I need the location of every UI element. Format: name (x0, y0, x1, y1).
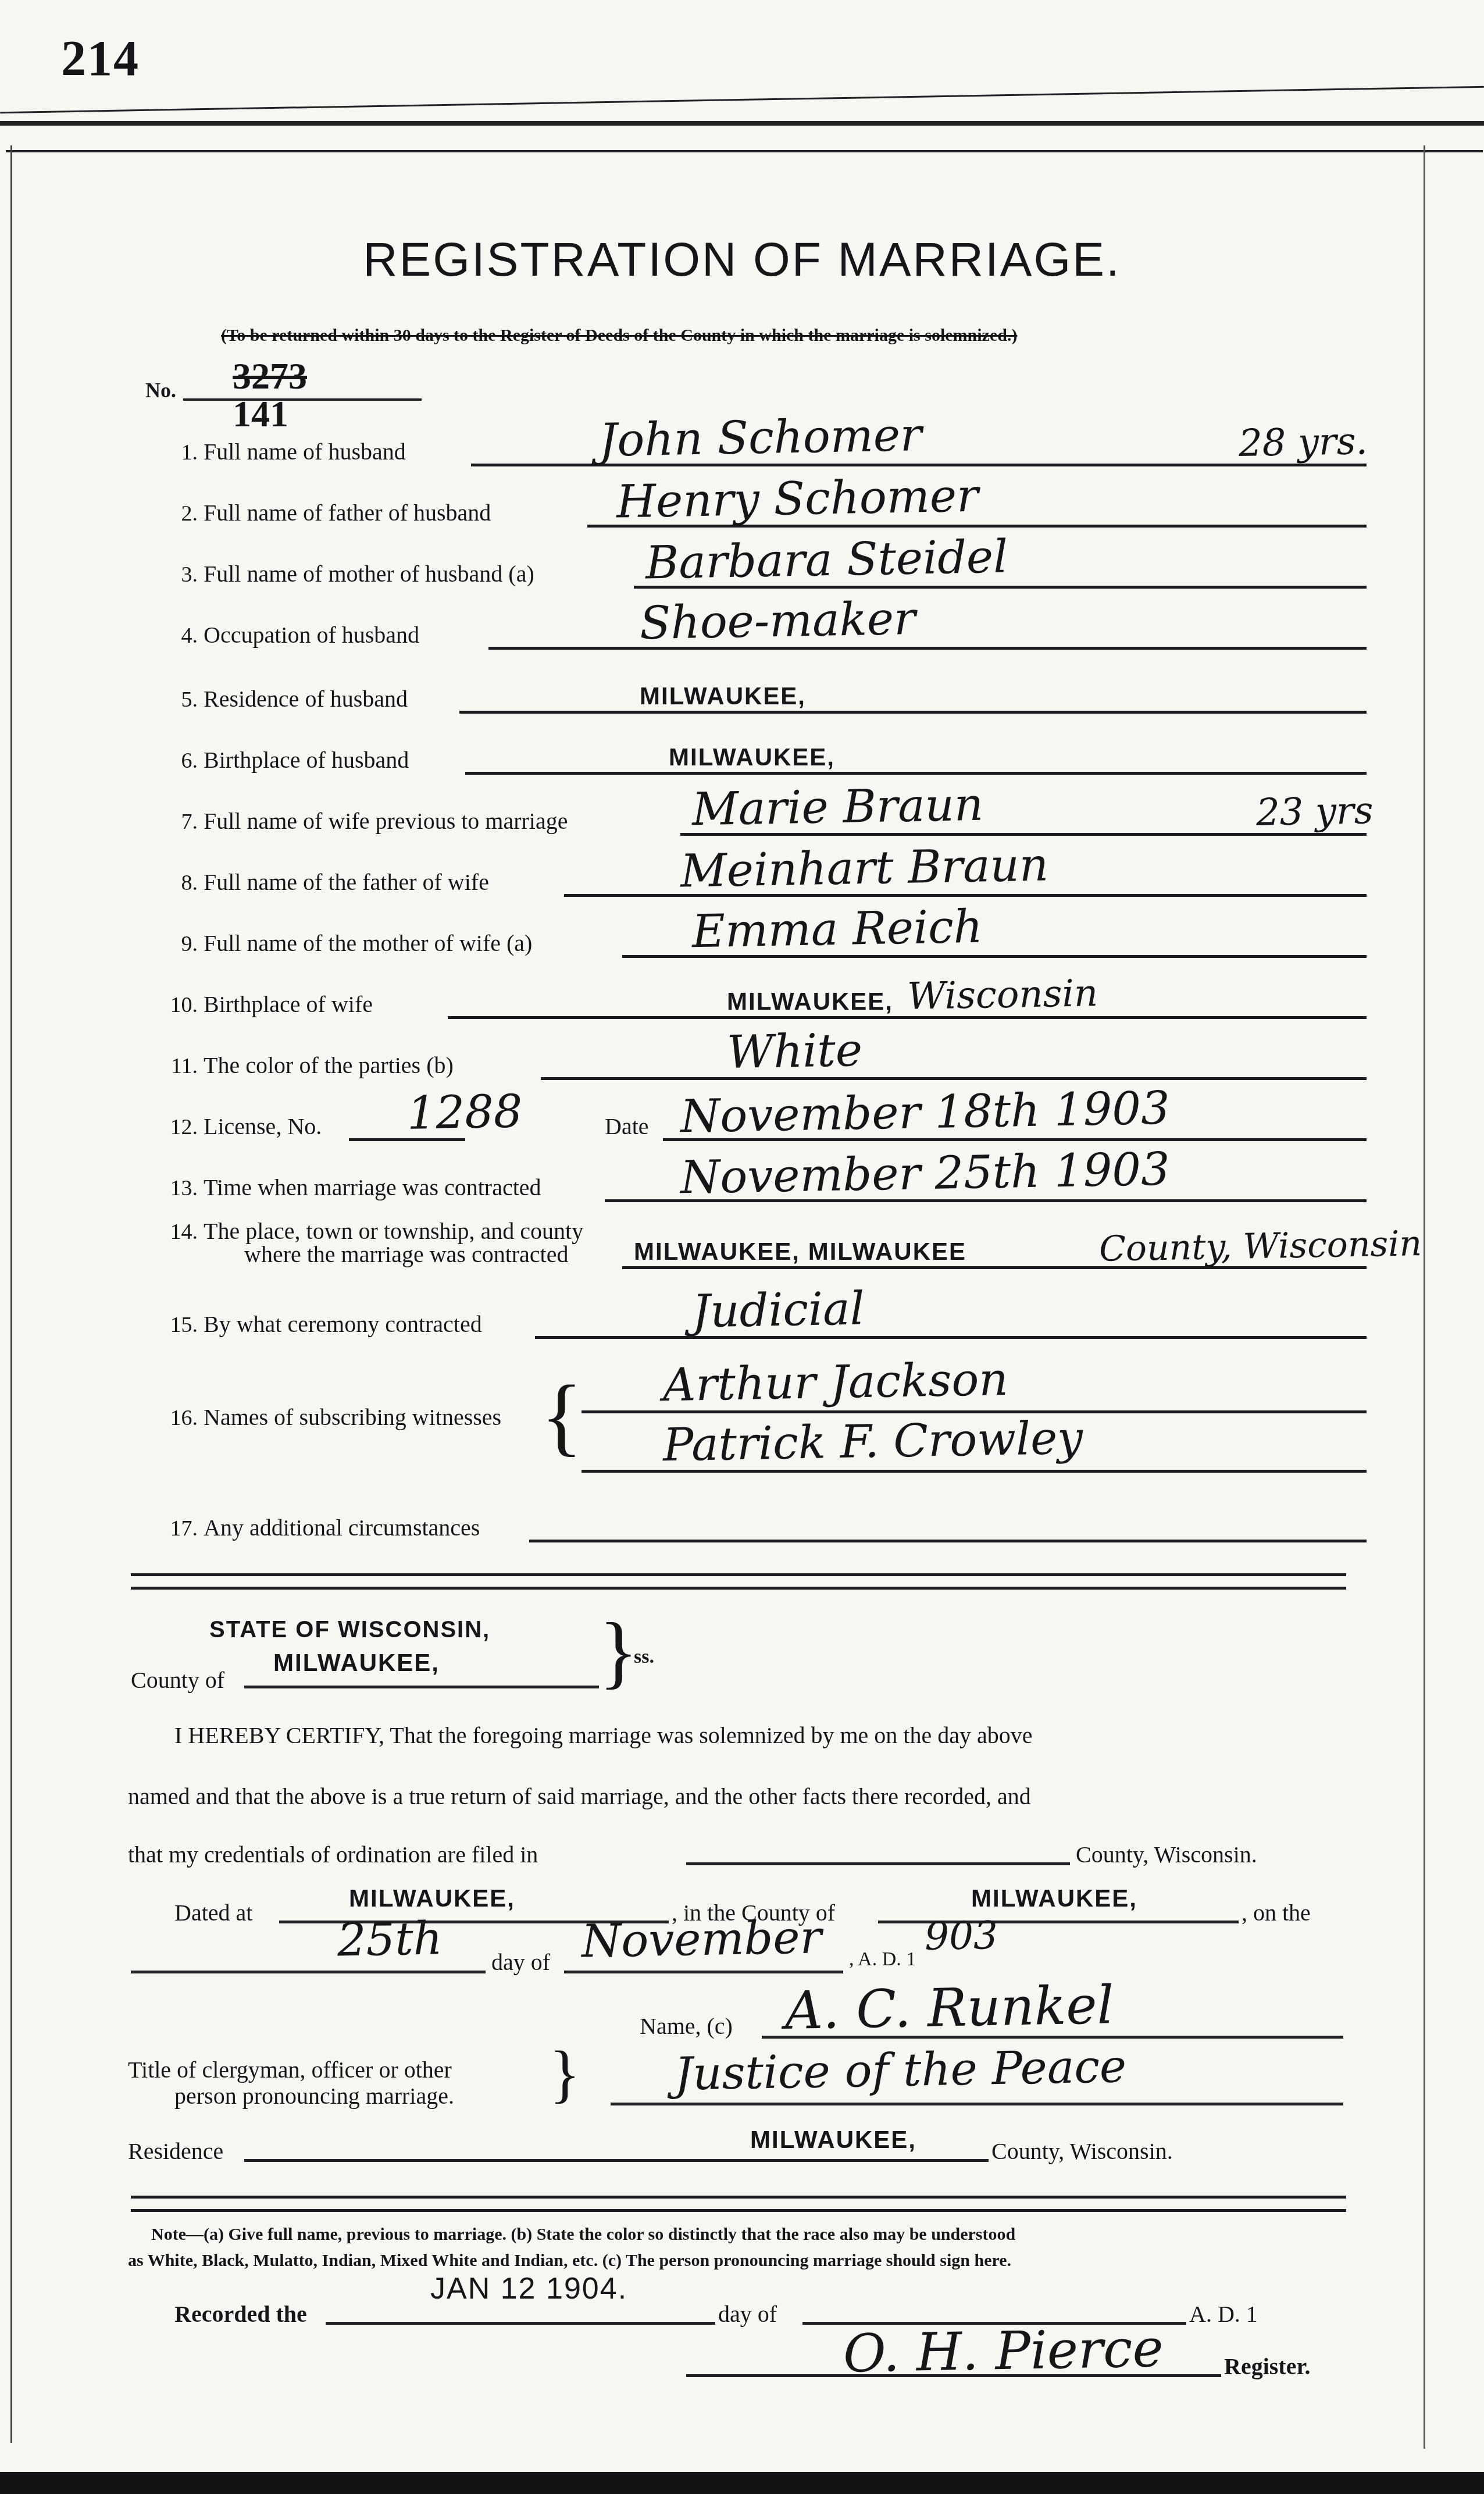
field-number: 13. (157, 1175, 198, 1201)
certification-line-3-prefix: that my credentials of ordination are fi… (128, 1841, 538, 1868)
field-number: 1. (157, 440, 198, 465)
certification-line-2: named and that the above is a true retur… (128, 1783, 1031, 1810)
officiant-title: Justice of the Peace (674, 2040, 1127, 2101)
field-label: Any additional circumstances (204, 1514, 480, 1541)
field-number: 11. (157, 1053, 198, 1079)
field-value: Judicial (691, 1282, 865, 1338)
note-line-1: Note—(a) Give full name, previous to mar… (151, 2225, 1015, 2244)
field-row-license: 12. License, No. 1288 Date November 18th… (157, 1105, 1367, 1146)
field-label: The color of the parties (b) (204, 1052, 454, 1079)
field-value: Marie Braun (691, 779, 984, 836)
field-value: Henry Schomer (616, 470, 979, 529)
frame-left (10, 145, 12, 2443)
divider (0, 86, 1484, 114)
field-line (686, 1862, 1070, 1865)
field-line (488, 647, 1367, 650)
field-label: Full name of the father of wife (204, 868, 489, 896)
recorded-day-of-label: day of (718, 2300, 777, 2328)
record-number-label: No. (145, 378, 176, 402)
license-number: 1288 (406, 1085, 523, 1139)
document-title: REGISTRATION OF MARRIAGE. (0, 233, 1484, 287)
field-number: 16. (157, 1405, 198, 1431)
field-label: By what ceremony contracted (204, 1310, 482, 1338)
field-value: Barbara Steidel (645, 531, 1008, 590)
record-number-struck: 3273 (233, 355, 307, 398)
field-number: 6. (157, 748, 198, 774)
field-number: 15. (157, 1312, 198, 1338)
field-line (686, 2374, 1221, 2377)
record-number-line (183, 398, 422, 401)
dated-at-value: MILWAUKEE, (349, 1884, 515, 1912)
field-line (611, 2103, 1343, 2105)
field-line (459, 711, 1367, 714)
witness-1: Arthur Jackson (662, 1353, 1008, 1412)
field-value: Shoe-maker (639, 593, 916, 650)
field-row-wife-name: 7. Full name of wife previous to marriag… (157, 800, 1367, 840)
brace-icon: } (550, 2041, 580, 2105)
field-line (244, 2159, 989, 2162)
field-value: Emma Reich (691, 901, 983, 959)
field-number: 10. (157, 992, 198, 1018)
field-row-husband-father: 2. Full name of father of husband Henry … (157, 491, 1367, 532)
in-county-value: MILWAUKEE, (971, 1884, 1137, 1912)
venue-county-label: County of (131, 1666, 224, 1694)
residence-label: Residence (128, 2137, 223, 2165)
field-row-additional: 17. Any additional circumstances (157, 1506, 1367, 1547)
certification-line-3-suffix: County, Wisconsin. (1076, 1841, 1257, 1868)
field-label: Residence of husband (204, 685, 408, 712)
field-row-husband-name: 1. Full name of husband John Schomer 28 … (157, 430, 1367, 471)
officiant-name: A. C. Runkel (784, 1975, 1114, 2041)
field-label: Full name of father of husband (204, 499, 491, 526)
day-value: 25th (337, 1912, 443, 1966)
field-label: where the marriage was contracted (244, 1241, 568, 1268)
field-row-wife-father: 8. Full name of the father of wife Meinh… (157, 861, 1367, 902)
officiant-name-label: Name, (c) (640, 2012, 733, 2040)
divider (0, 121, 1484, 126)
field-line (529, 1540, 1367, 1542)
officiant-title-label-1: Title of clergyman, officer or other (128, 2056, 452, 2083)
field-number: 2. (157, 501, 198, 526)
field-label: Birthplace of husband (204, 746, 409, 774)
field-label: Full name of husband (204, 438, 406, 465)
field-row-husband-residence: 5. Residence of husband MILWAUKEE, (157, 678, 1367, 718)
field-label: Time when marriage was contracted (204, 1174, 541, 1201)
witness-2: Patrick F. Crowley (662, 1412, 1083, 1472)
field-label: Names of subscribing witnesses (204, 1403, 501, 1431)
document-subtitle: (To be returned within 30 days to the Re… (221, 326, 1017, 345)
field-value: MILWAUKEE, (727, 988, 893, 1016)
field-number: 7. (157, 809, 198, 835)
field-row-witnesses: 16. Names of subscribing witnesses { Art… (157, 1361, 1367, 1477)
month-value: November (581, 1911, 822, 1968)
field-row-color: 11. The color of the parties (b) White (157, 1044, 1367, 1085)
field-line (541, 1077, 1367, 1080)
field-row-husband-occupation: 4. Occupation of husband Shoe-maker (157, 614, 1367, 654)
field-row-husband-mother: 3. Full name of mother of husband (a) Ba… (157, 553, 1367, 593)
field-extra: 23 yrs (1255, 789, 1374, 835)
day-of-label: day of (491, 1948, 550, 1976)
field-label: License, No. (204, 1113, 322, 1140)
field-label: Full name of mother of husband (a) (204, 560, 534, 587)
field-row-ceremony: 15. By what ceremony contracted Judicial (157, 1303, 1367, 1344)
field-row-husband-birthplace: 6. Birthplace of husband MILWAUKEE, (157, 739, 1367, 779)
register-label: Register. (1224, 2353, 1310, 2380)
recorded-the-label: Recorded the (174, 2300, 307, 2328)
brace-icon: } (599, 1611, 638, 1693)
field-extra: Wisconsin (907, 972, 1098, 1018)
field-label: Occupation of husband (204, 621, 419, 649)
field-label: Full name of wife previous to marriage (204, 807, 568, 835)
venue-county-value: MILWAUKEE, (273, 1649, 440, 1677)
field-value: MILWAUKEE, (640, 682, 806, 710)
field-label: Full name of the mother of wife (a) (204, 929, 532, 957)
ad-label: , A. D. 1 (849, 1948, 916, 1971)
field-number: 14. (157, 1219, 198, 1245)
date-label: Date (605, 1113, 649, 1140)
field-number: 12. (157, 1114, 198, 1140)
field-row-marriage-date: 13. Time when marriage was contracted No… (157, 1166, 1367, 1207)
field-number: 3. (157, 562, 198, 587)
field-value: Meinhart Braun (680, 839, 1048, 897)
field-extra: County, Wisconsin (1098, 1223, 1422, 1270)
field-number: 5. (157, 687, 198, 712)
field-line (535, 1336, 1367, 1339)
on-the-label: , on the (1242, 1899, 1311, 1926)
year-value: 903 (924, 1913, 998, 1959)
field-number: 17. (157, 1516, 198, 1541)
recorded-ad-label: A. D. 1 (1189, 2300, 1258, 2328)
field-line (131, 1971, 486, 1973)
field-row-wife-birthplace: 10. Birthplace of wife MILWAUKEE, Wiscon… (157, 983, 1367, 1024)
field-number: 8. (157, 870, 198, 896)
officiant-title-label-2: person pronouncing marriage. (174, 2082, 454, 2110)
dated-at-label: Dated at (174, 1899, 252, 1926)
venue-ss: ss. (634, 1646, 654, 1668)
field-value: White (726, 1024, 862, 1079)
field-line (326, 2322, 715, 2325)
field-value: MILWAUKEE, (669, 743, 835, 771)
residence-value: MILWAUKEE, (750, 2126, 916, 2154)
brace-icon: { (541, 1373, 583, 1460)
certification-line-1: I HEREBY CERTIFY, That the foregoing mar… (174, 1722, 1032, 1749)
recorded-date-stamp: JAN 12 1904. (430, 2271, 627, 2306)
section-divider (131, 2196, 1346, 2212)
field-value: John Schomer (598, 409, 922, 467)
page-number: 214 (61, 29, 140, 87)
field-value: MILWAUKEE, MILWAUKEE (634, 1238, 966, 1266)
residence-suffix: County, Wisconsin. (991, 2137, 1173, 2165)
license-date: November 18th 1903 (680, 1082, 1170, 1143)
scan-edge (0, 2472, 1484, 2494)
frame-right (1424, 145, 1425, 2449)
section-divider (131, 1573, 1346, 1590)
field-row-wife-mother: 9. Full name of the mother of wife (a) E… (157, 922, 1367, 963)
field-number: 4. (157, 623, 198, 649)
note-line-2: as White, Black, Mulatto, Indian, Mixed … (128, 2251, 1011, 2271)
field-line (465, 772, 1367, 775)
field-label: Birthplace of wife (204, 991, 373, 1018)
field-extra: 28 yrs. (1238, 420, 1368, 465)
divider (6, 150, 1483, 152)
field-value: November 25th 1903 (680, 1143, 1170, 1205)
field-row-place: 14. The place, town or township, and cou… (157, 1210, 1367, 1274)
field-line (564, 1971, 843, 1973)
venue-state: STATE OF WISCONSIN, (209, 1617, 490, 1643)
field-number: 9. (157, 931, 198, 957)
field-line (244, 1686, 599, 1688)
